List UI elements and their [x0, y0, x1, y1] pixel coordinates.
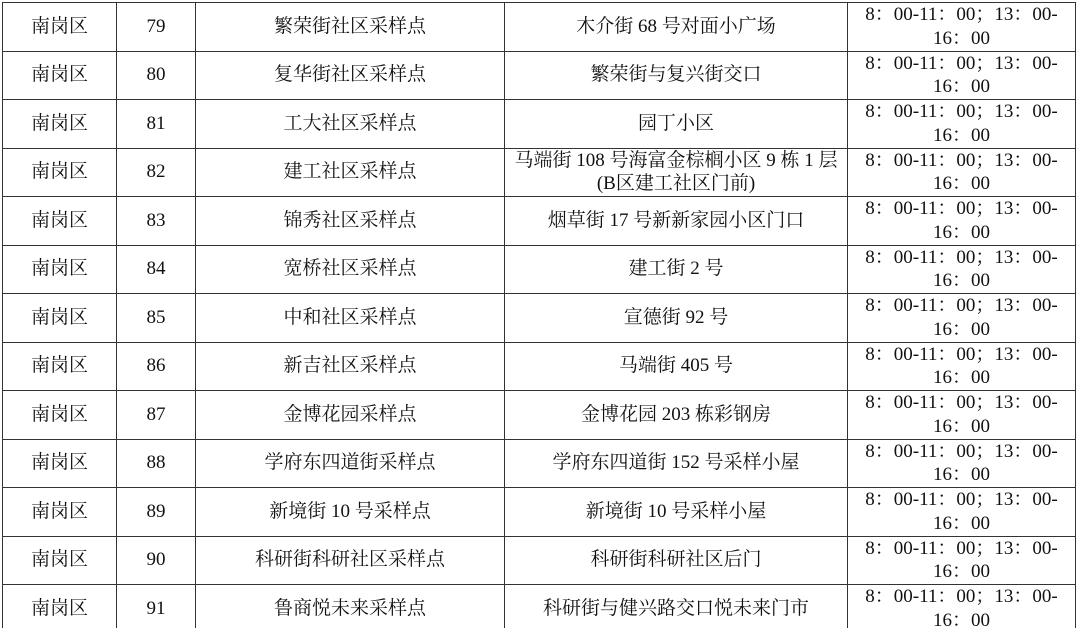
cell-address: 木介街 68 号对面小广场	[505, 3, 848, 52]
cell-time: 8：00-11：00；13：00-16：00	[848, 245, 1076, 294]
cell-time: 8：00-11：00；13：00-16：00	[848, 3, 1076, 52]
table-row: 南岗区 86 新吉社区采样点 马端街 405 号 8：00-11：00；13：0…	[3, 342, 1076, 391]
cell-address: 宣德街 92 号	[505, 294, 848, 343]
table-row: 南岗区 81 工大社区采样点 园丁小区 8：00-11：00；13：00-16：…	[3, 100, 1076, 149]
cell-time: 8：00-11：00；13：00-16：00	[848, 100, 1076, 149]
cell-site-name: 新吉社区采样点	[196, 342, 505, 391]
cell-number: 83	[117, 197, 196, 246]
sampling-points-table: 南岗区 79 繁荣街社区采样点 木介街 68 号对面小广场 8：00-11：00…	[2, 2, 1076, 628]
table-row: 南岗区 79 繁荣街社区采样点 木介街 68 号对面小广场 8：00-11：00…	[3, 3, 1076, 52]
cell-district: 南岗区	[3, 100, 117, 149]
cell-site-name: 科研街科研社区采样点	[196, 536, 505, 585]
cell-district: 南岗区	[3, 51, 117, 100]
cell-address: 马端街 405 号	[505, 342, 848, 391]
cell-district: 南岗区	[3, 585, 117, 628]
table-row: 南岗区 85 中和社区采样点 宣德街 92 号 8：00-11：00；13：00…	[3, 294, 1076, 343]
cell-time: 8：00-11：00；13：00-16：00	[848, 488, 1076, 537]
cell-site-name: 繁荣街社区采样点	[196, 3, 505, 52]
cell-district: 南岗区	[3, 197, 117, 246]
cell-district: 南岗区	[3, 245, 117, 294]
cell-time: 8：00-11：00；13：00-16：00	[848, 585, 1076, 628]
cell-site-name: 建工社区采样点	[196, 148, 505, 197]
table-row: 南岗区 88 学府东四道街采样点 学府东四道街 152 号采样小屋 8：00-1…	[3, 439, 1076, 488]
cell-site-name: 金博花园采样点	[196, 391, 505, 440]
cell-site-name: 锦秀社区采样点	[196, 197, 505, 246]
table-row: 南岗区 87 金博花园采样点 金博花园 203 栋彩钢房 8：00-11：00；…	[3, 391, 1076, 440]
cell-district: 南岗区	[3, 148, 117, 197]
cell-district: 南岗区	[3, 488, 117, 537]
cell-district: 南岗区	[3, 536, 117, 585]
cell-number: 81	[117, 100, 196, 149]
cell-number: 86	[117, 342, 196, 391]
cell-time: 8：00-11：00；13：00-16：00	[848, 148, 1076, 197]
cell-time: 8：00-11：00；13：00-16：00	[848, 536, 1076, 585]
table-row: 南岗区 83 锦秀社区采样点 烟草街 17 号新新家园小区门口 8：00-11：…	[3, 197, 1076, 246]
cell-time: 8：00-11：00；13：00-16：00	[848, 439, 1076, 488]
cell-time: 8：00-11：00；13：00-16：00	[848, 391, 1076, 440]
table-row: 南岗区 82 建工社区采样点 马端街 108 号海富金棕榈小区 9 栋 1 层(…	[3, 148, 1076, 197]
cell-district: 南岗区	[3, 391, 117, 440]
cell-number: 85	[117, 294, 196, 343]
cell-time: 8：00-11：00；13：00-16：00	[848, 197, 1076, 246]
cell-number: 88	[117, 439, 196, 488]
cell-address: 科研街科研社区后门	[505, 536, 848, 585]
table-row: 南岗区 84 宽桥社区采样点 建工街 2 号 8：00-11：00；13：00-…	[3, 245, 1076, 294]
table-row: 南岗区 91 鲁商悦未来采样点 科研街与健兴路交口悦未来门市 8：00-11：0…	[3, 585, 1076, 628]
cell-number: 82	[117, 148, 196, 197]
page-canvas: 南岗区 79 繁荣街社区采样点 木介街 68 号对面小广场 8：00-11：00…	[0, 0, 1080, 628]
cell-site-name: 鲁商悦未来采样点	[196, 585, 505, 628]
table-row: 南岗区 89 新境街 10 号采样点 新境街 10 号采样小屋 8：00-11：…	[3, 488, 1076, 537]
cell-site-name: 新境街 10 号采样点	[196, 488, 505, 537]
cell-district: 南岗区	[3, 294, 117, 343]
cell-site-name: 中和社区采样点	[196, 294, 505, 343]
cell-time: 8：00-11：00；13：00-16：00	[848, 51, 1076, 100]
cell-number: 84	[117, 245, 196, 294]
cell-site-name: 工大社区采样点	[196, 100, 505, 149]
cell-address: 学府东四道街 152 号采样小屋	[505, 439, 848, 488]
cell-number: 90	[117, 536, 196, 585]
cell-site-name: 宽桥社区采样点	[196, 245, 505, 294]
cell-address: 科研街与健兴路交口悦未来门市	[505, 585, 848, 628]
cell-time: 8：00-11：00；13：00-16：00	[848, 294, 1076, 343]
cell-address: 马端街 108 号海富金棕榈小区 9 栋 1 层(B区建工社区门前)	[505, 148, 848, 197]
cell-district: 南岗区	[3, 342, 117, 391]
cell-time: 8：00-11：00；13：00-16：00	[848, 342, 1076, 391]
table-row: 南岗区 80 复华街社区采样点 繁荣街与复兴街交口 8：00-11：00；13：…	[3, 51, 1076, 100]
cell-site-name: 学府东四道街采样点	[196, 439, 505, 488]
cell-address: 新境街 10 号采样小屋	[505, 488, 848, 537]
cell-address: 建工街 2 号	[505, 245, 848, 294]
cell-number: 87	[117, 391, 196, 440]
cell-site-name: 复华街社区采样点	[196, 51, 505, 100]
cell-number: 89	[117, 488, 196, 537]
cell-district: 南岗区	[3, 439, 117, 488]
cell-address: 烟草街 17 号新新家园小区门口	[505, 197, 848, 246]
cell-address: 园丁小区	[505, 100, 848, 149]
cell-address: 金博花园 203 栋彩钢房	[505, 391, 848, 440]
table-row: 南岗区 90 科研街科研社区采样点 科研街科研社区后门 8：00-11：00；1…	[3, 536, 1076, 585]
cell-number: 80	[117, 51, 196, 100]
cell-district: 南岗区	[3, 3, 117, 52]
cell-number: 79	[117, 3, 196, 52]
cell-address: 繁荣街与复兴街交口	[505, 51, 848, 100]
cell-number: 91	[117, 585, 196, 628]
